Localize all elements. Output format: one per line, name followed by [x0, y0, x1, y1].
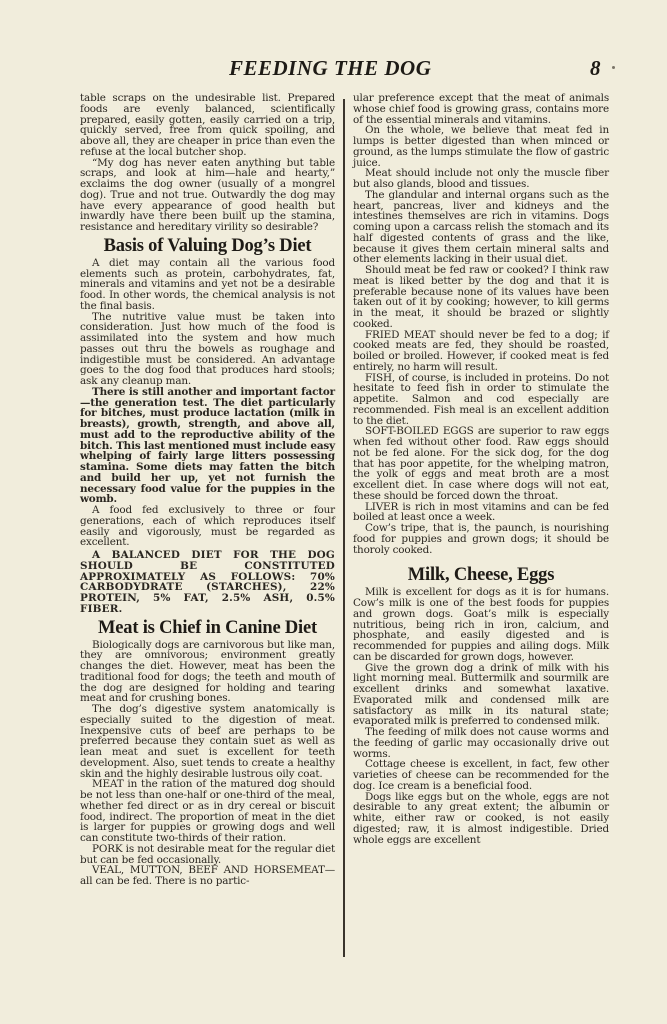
paragraph: A diet may contain all the various food …: [80, 258, 335, 312]
paragraph: “My dog has never eaten anything but tab…: [80, 158, 335, 233]
running-title: FEEDING THE DOG: [229, 56, 431, 81]
paragraph: The nutritive value must be taken into c…: [80, 312, 335, 387]
paragraph: The glandular and internal organs such a…: [353, 190, 609, 265]
paragraph: The dog’s digestive system anatomically …: [80, 704, 335, 779]
right-column: ular preference except that the meat of …: [353, 93, 609, 845]
paragraph: Cottage cheese is excellent, in fact, fe…: [353, 759, 609, 791]
paragraph-bold: There is still another and important fac…: [80, 387, 335, 505]
paragraph: Give the grown dog a drink of milk with …: [353, 663, 609, 728]
column-divider: [343, 99, 345, 957]
paragraph: On the whole, we believe that meat fed i…: [353, 125, 609, 168]
paragraph: LIVER is rich in most vitamins and can b…: [353, 502, 609, 524]
paragraph: The feeding of milk does not cause worms…: [353, 727, 609, 759]
paragraph: VEAL, MUTTON, BEEF AND HORSEMEAT—all can…: [80, 865, 335, 887]
paragraph: FRIED MEAT should never be fed to a dog;…: [353, 330, 609, 373]
section-heading-milk-cheese-eggs: Milk, Cheese, Eggs: [353, 565, 609, 585]
ink-speck: [612, 66, 615, 69]
paragraph: Should meat be fed raw or cooked? I thin…: [353, 265, 609, 330]
paragraph: table scraps on the undesirable list. Pr…: [80, 93, 335, 158]
paragraph: PORK is not desirable meat for the regul…: [80, 844, 335, 866]
page-header: FEEDING THE DOG 8: [0, 56, 667, 86]
paragraph: Cow’s tripe, that is, the paunch, is nou…: [353, 523, 609, 555]
paragraph: Dogs like eggs but on the whole, eggs ar…: [353, 792, 609, 846]
left-column: table scraps on the undesirable list. Pr…: [80, 93, 335, 887]
paragraph: ular preference except that the meat of …: [353, 93, 609, 125]
balanced-diet-statement: A BALANCED DIET FOR THE DOG SHOULD BE CO…: [80, 550, 335, 615]
paragraph: Milk is excellent for dogs as it is for …: [353, 587, 609, 662]
page-number: 8: [590, 56, 601, 81]
paragraph: FISH, of course, is included in proteins…: [353, 373, 609, 427]
paragraph: MEAT in the ration of the matured dog sh…: [80, 779, 335, 844]
section-heading-basis-of-valuing: Basis of Valuing Dog’s Diet: [80, 236, 335, 256]
section-heading-meat-is-chief: Meat is Chief in Canine Diet: [80, 618, 335, 638]
paragraph: Biologically dogs are carnivorous but li…: [80, 640, 335, 705]
paragraph: Meat should include not only the muscle …: [353, 168, 609, 190]
paragraph: A food fed exclusively to three or four …: [80, 505, 335, 548]
paragraph: SOFT-BOILED EGGS are superior to raw egg…: [353, 426, 609, 501]
